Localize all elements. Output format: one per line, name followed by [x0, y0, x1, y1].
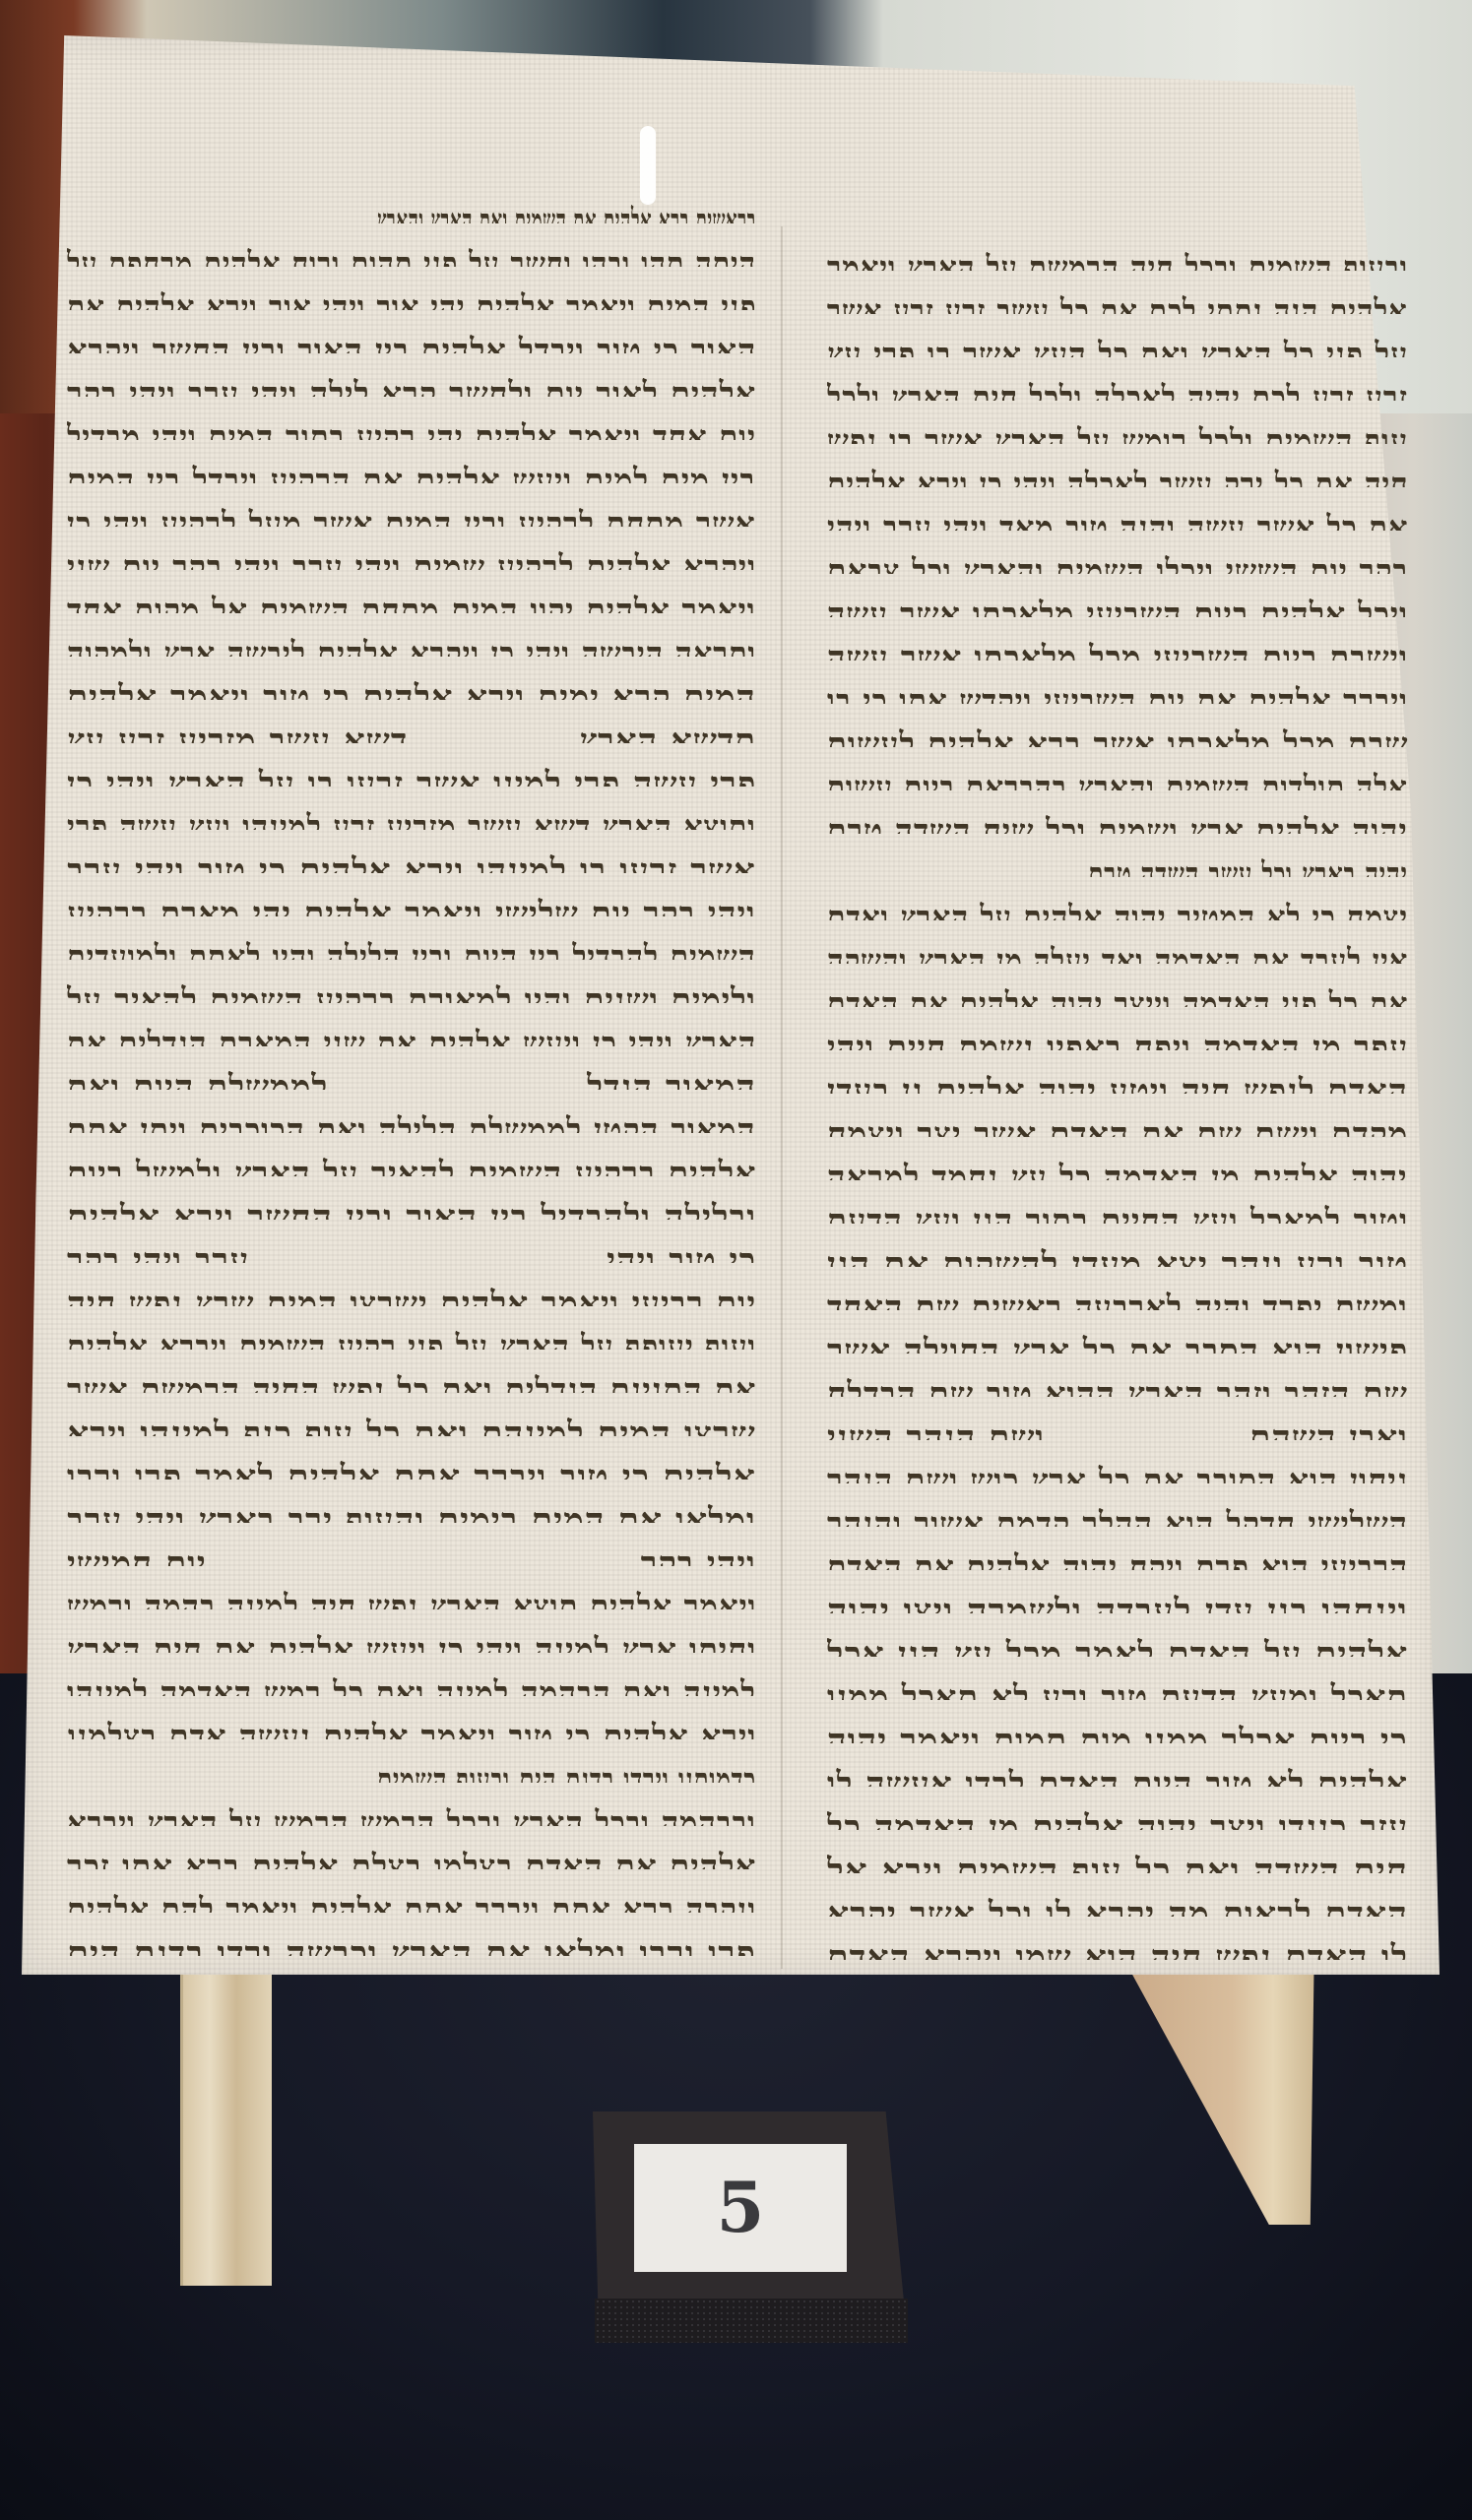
text-line: שרצו המים למינהם ואת כל עוף כנף למינהו ו… [67, 1412, 756, 1455]
text-segment: ועוף יעופף על הארץ על פני רקיע השמים ויב… [67, 1331, 756, 1350]
text-line: היתה תהו ובהו וחשך על פני תהום ורוח אלהי… [67, 242, 756, 285]
text-line: אלהים על האדם לאמר מכל עץ הגן אכל [827, 1632, 1408, 1675]
text-segment: יצמח כי לא המטיר יהוה אלהים על הארץ ואדם [827, 902, 1408, 920]
text-segment: חיה את כל ירק עשב לאכלה ויהי כן וירא אלה… [827, 469, 1408, 487]
text-line: חיה את כל ירק עשב לאכלה ויהי כן וירא אלה… [827, 463, 1408, 506]
text-segment: ויכל אלהים ביום השביעי מלאכתו אשר עשה [827, 598, 1408, 617]
text-segment: ותראה היבשה ויהי כן ויקרא אלהים ליבשה אר… [67, 638, 756, 657]
text-segment: ויאמר אלהים יקוו המים מתחת השמים אל מקום… [67, 595, 756, 613]
text-segment: את כל אשר עשה והנה טוב מאד ויהי ערב ויהי [827, 512, 1408, 531]
text-segment: יהוה אלהים ארץ ושמים וכל שיח השדה טרם [827, 815, 1408, 834]
text-line: האור כי טוב ויבדל אלהים בין האור ובין הח… [67, 329, 756, 372]
text-line: יום רביעי ויאמר אלהים ישרצו המים שרץ נפש… [67, 1282, 756, 1325]
text-line: על פני כל הארץ ואת כל העץ אשר בו פרי עץ [827, 333, 1408, 376]
text-line: אלהים ברקיע השמים להאיר על הארץ ולמשל בי… [67, 1152, 756, 1195]
text-segment: תאכל ומעץ הדעת טוב ורע לא תאכל ממנו [827, 1681, 1408, 1700]
text-segment: אלהים לאור יום ולחשך קרא לילה ויהי ערב ו… [67, 378, 756, 397]
text-line: אשר מתחת לרקיע ובין המים אשר מעל לרקיע ו… [67, 502, 756, 545]
text-segment: יהיה בארץ וכל עשב השדה טרם [1089, 858, 1408, 877]
text-line: יהיה בארץ וכל עשב השדה טרם [827, 852, 1408, 896]
right-text-column: ובעוף השמים ובכל חיה הרמשת על הארץ ויאמר… [827, 246, 1408, 1979]
text-segment: יום חמישי [67, 1547, 207, 1566]
text-segment: אלה תולדות השמים והארץ בהבראם ביום עשות [827, 772, 1408, 790]
text-line: ולימים ושנים והיו למאורת ברקיע השמים להא… [67, 978, 756, 1022]
text-line: ומלאו את המים בימים והעוף ירב בארץ ויהי … [67, 1498, 756, 1542]
text-line: לו האדם נפש חיה הוא שמו ויקרא האדם [827, 1935, 1408, 1979]
text-segment: יום רביעי ויאמר אלהים ישרצו המים שרץ נפש… [67, 1288, 756, 1306]
text-segment: ושם הנהר השני [827, 1421, 1045, 1440]
text-segment: כדמותנו וירדו בדגת הים ובעוף השמים [377, 1764, 756, 1783]
text-line: המים קרא ימים וירא אלהים כי טוב ויאמר אל… [67, 675, 756, 719]
text-segment: אשר מתחת לרקיע ובין המים אשר מעל לרקיע ו… [67, 508, 756, 527]
text-segment: את התנינם הגדלים ואת כל נפש החיה הרמשת א… [67, 1374, 756, 1393]
text-segment: ויאמר אלהים תוצא הארץ נפש חיה למינה בהמה… [67, 1591, 756, 1609]
text-line: ויהי בקריום חמישי [67, 1542, 756, 1585]
text-line: וטוב למאכל ועץ החיים בתוך הגן ועץ הדעת [827, 1199, 1408, 1242]
text-line: פרי עשה פרי למינו אשר זרעו בו על הארץ וי… [67, 762, 756, 805]
text-segment: עפר מן האדמה ויפח באפיו נשמת חיים ויהי [827, 1032, 1408, 1050]
text-segment: האדם לנפש חיה ויטע יהוה אלהים גן בעדן [827, 1075, 1408, 1094]
text-line: הארץ ויהי כן ויעש אלהים את שני המארת הגד… [67, 1022, 756, 1065]
text-segment: זרע זרע לכם יהיה לאכלה ולכל חית הארץ ולכ… [827, 382, 1408, 401]
text-segment: האור כי טוב ויבדל אלהים בין האור ובין הח… [67, 335, 756, 353]
text-segment: שרצו המים למינהם ואת כל עוף כנף למינהו ו… [67, 1417, 756, 1436]
text-line: ובבהמה ובכל הארץ ובכל הרמש הרמש על הארץ … [67, 1801, 756, 1845]
text-line: ויאמר אלהים תוצא הארץ נפש חיה למינה בהמה… [67, 1585, 756, 1628]
text-segment: אלהים ברקיע השמים להאיר על הארץ ולמשל בי… [67, 1158, 756, 1176]
text-line: אלה תולדות השמים והארץ בהבראם ביום עשות [827, 766, 1408, 809]
text-line: יהוה אלהים מן האדמה כל עץ נחמד למראה [827, 1156, 1408, 1199]
light-glare [640, 126, 656, 205]
text-segment: פרי עשה פרי למינו אשר זרעו בו על הארץ וי… [67, 768, 756, 787]
text-line: וירא אלהים כי טוב ויאמר אלהים נעשה אדם ב… [67, 1715, 756, 1758]
text-segment: כי טוב ויהי [607, 1244, 756, 1263]
text-segment: וטוב למאכל ועץ החיים בתוך הגן ועץ הדעת [827, 1205, 1408, 1224]
text-segment: יום אחד ויאמר אלהים יהי רקיע בתוך המים ו… [67, 421, 756, 440]
text-segment: כי ביום אכלך ממנו מות תמות ויאמר יהוה [827, 1725, 1408, 1743]
text-line: יצמח כי לא המטיר יהוה אלהים על הארץ ואדם [827, 896, 1408, 939]
text-line: המאור הקטן לממשלת הלילה ואת הכוכבים ויתן… [67, 1108, 756, 1152]
text-line: השמים להבדיל בין היום ובין הלילה והיו לא… [67, 935, 756, 978]
text-line: את כל פני האדמה וייצר יהוה אלהים את האדם [827, 982, 1408, 1026]
text-line: יהוה אלהים ארץ ושמים וכל שיח השדה טרם [827, 809, 1408, 852]
text-segment: ולימים ושנים והיו למאורת ברקיע השמים להא… [67, 984, 756, 1003]
text-line: ותוצא הארץ דשא עשב מזריע זרע למינהו ועץ … [67, 805, 756, 849]
text-segment: אלהים הנה נתתי לכם את כל עשב זרע זרע אשר [827, 295, 1408, 314]
text-line: גיחון הוא הסובב את כל ארץ כוש ושם הנהר [827, 1459, 1408, 1502]
text-segment: אלהים כי טוב ויברך אתם אלהים לאמר פרו ור… [67, 1461, 756, 1480]
text-segment: עזר כנגדו ויצר יהוה אלהים מן האדמה כל [827, 1811, 1408, 1830]
text-line: המאור הגדללממשלת היום ואת [67, 1065, 756, 1108]
text-line: וינחהו בגן עדן לעבדה ולשמרה ויצו יהוה [827, 1589, 1408, 1632]
number-plate-edge [595, 2299, 908, 2343]
text-segment: פרו ורבו ומלאו את הארץ וכבשה ורדו בדגת ה… [67, 1937, 756, 1956]
text-line: כי טוב ויהיערב ויהי בקר [67, 1238, 756, 1282]
text-segment: וינחהו בגן עדן לעבדה ולשמרה ויצו יהוה [827, 1595, 1408, 1613]
text-segment: ויברך אלהים את יום השביעי ויקדש אתו כי ב… [827, 685, 1408, 704]
text-line: ועוף יעופף על הארץ על פני רקיע השמים ויב… [67, 1325, 756, 1368]
text-line: השלישי חדקל הוא ההלך קדמת אשור והנהר [827, 1502, 1408, 1545]
text-segment: אין לעבד את האדמה ואד יעלה מן הארץ והשקה [827, 945, 1408, 964]
text-line: טוב ורע ונהר יצא מעדן להשקות את הגן [827, 1242, 1408, 1286]
text-segment: ומשם יפרד והיה לארבעה ראשים שם האחד [827, 1291, 1408, 1310]
exhibit-number: 5 [717, 2173, 765, 2242]
text-segment: עוף השמים ולכל רומש על הארץ אשר בו נפש [827, 425, 1408, 444]
text-segment: ונקבה ברא אתם ויברך אתם אלהים ויאמר להם … [67, 1894, 756, 1913]
text-segment: על פני כל הארץ ואת כל העץ אשר בו פרי עץ [827, 339, 1408, 357]
text-line: אלהים הנה נתתי לכם את כל עשב זרע זרע אשר [827, 289, 1408, 333]
text-segment: הרביעי הוא פרת ויקח יהוה אלהים את האדם [827, 1551, 1408, 1570]
text-segment: בקר יום הששי ויכלו השמים והארץ וכל צבאם [827, 555, 1408, 574]
text-line: זרע זרע לכם יהיה לאכלה ולכל חית הארץ ולכ… [827, 376, 1408, 419]
text-line: את כל אשר עשה והנה טוב מאד ויהי ערב ויהי [827, 506, 1408, 549]
number-plate-card: 5 [634, 2144, 847, 2272]
text-segment: האדם לראות מה יקרא לו וכל אשר יקרא [827, 1898, 1408, 1917]
text-segment: ואבן השהם [1249, 1421, 1408, 1440]
text-line: וישבת ביום השביעי מכל מלאכתו אשר עשה [827, 636, 1408, 679]
text-segment: המים קרא ימים וירא אלהים כי טוב ויאמר אל… [67, 681, 756, 700]
text-line: למינה ואת הבהמה למינה ואת כל רמש האדמה ל… [67, 1671, 756, 1715]
text-segment: ויקרא אלהים לרקיע שמים ויהי ערב ויהי בקר… [67, 551, 756, 570]
text-segment: גיחון הוא הסובב את כל ארץ כוש ושם הנהר [827, 1465, 1408, 1483]
text-line: עזר כנגדו ויצר יהוה אלהים מן האדמה כל [827, 1805, 1408, 1849]
text-line: ויאמר אלהים יקוו המים מתחת השמים אל מקום… [67, 589, 756, 632]
text-segment: וירא אלהים כי טוב ויאמר אלהים נעשה אדם ב… [67, 1721, 756, 1739]
text-line: אלהים לא טוב היות האדם לבדו אעשה לו [827, 1762, 1408, 1805]
text-segment: השמים להבדיל בין היום ובין הלילה והיו לא… [67, 941, 756, 960]
text-segment: אלהים את האדם בצלמו בצלם אלהים ברא אתו ז… [67, 1851, 756, 1869]
text-segment: בין מים למים ויעש אלהים את הרקיע ויבדל ב… [67, 465, 756, 483]
text-segment: ויהי בקר יום שלישי ויאמר אלהים יהי מארת … [67, 898, 756, 916]
text-line: אלהים כי טוב ויברך אתם אלהים לאמר פרו ור… [67, 1455, 756, 1498]
text-line: בראשית ברא אלהים את השמים ואת הארץ והארץ [67, 199, 756, 242]
text-line: תאכל ומעץ הדעת טוב ורע לא תאכל ממנו [827, 1675, 1408, 1719]
text-line: הרביעי הוא פרת ויקח יהוה אלהים את האדם [827, 1545, 1408, 1589]
text-line: תדשא הארץדשא עשב מזריע זרע עץ [67, 719, 756, 762]
column-divider [781, 226, 783, 1969]
text-line: בקר יום הששי ויכלו השמים והארץ וכל צבאם [827, 549, 1408, 593]
text-segment: מקדם וישם שם את האדם אשר יצר ויצמח [827, 1118, 1408, 1137]
text-line: עפר מן האדמה ויפח באפיו נשמת חיים ויהי [827, 1026, 1408, 1069]
text-segment: חית השדה ואת כל עוף השמים ויבא אל [827, 1855, 1408, 1873]
text-segment: המאור הקטן לממשלת הלילה ואת הכוכבים ויתן… [67, 1114, 756, 1133]
text-line: את התנינם הגדלים ואת כל נפש החיה הרמשת א… [67, 1368, 756, 1412]
text-line: חית השדה ואת כל עוף השמים ויבא אל [827, 1849, 1408, 1892]
text-line: שם הזהב וזהב הארץ ההוא טוב שם הבדלח [827, 1372, 1408, 1416]
text-line: ומשם יפרד והיה לארבעה ראשים שם האחד [827, 1286, 1408, 1329]
text-segment: ובעוף השמים ובכל חיה הרמשת על הארץ ויאמר [827, 252, 1408, 271]
text-segment: פני המים ויאמר אלהים יהי אור ויהי אור וי… [67, 291, 756, 310]
text-segment: וחיתו ארץ למינה ויהי כן ויעש אלהים את חי… [67, 1634, 756, 1653]
text-segment: השלישי חדקל הוא ההלך קדמת אשור והנהר [827, 1508, 1408, 1527]
text-segment: ומלאו את המים בימים והעוף ירב בארץ ויהי … [67, 1504, 756, 1523]
text-segment: אלהים לא טוב היות האדם לבדו אעשה לו [827, 1768, 1408, 1787]
text-segment: פישון הוא הסבב את כל ארץ החוילה אשר [827, 1335, 1408, 1354]
text-line: כדמותנו וירדו בדגת הים ובעוף השמים [67, 1758, 756, 1801]
text-line: פישון הוא הסבב את כל ארץ החוילה אשר [827, 1329, 1408, 1372]
text-segment: יהוה אלהים מן האדמה כל עץ נחמד למראה [827, 1162, 1408, 1180]
text-line: ויקרא אלהים לרקיע שמים ויהי ערב ויהי בקר… [67, 545, 756, 589]
text-segment: ערב ויהי בקר [67, 1244, 249, 1263]
text-line: אשר זרעו בו למינהו וירא אלהים כי טוב ויה… [67, 849, 756, 892]
text-segment: לו האדם נפש חיה הוא שמו ויקרא האדם [827, 1941, 1408, 1960]
text-segment: דשא עשב מזריע זרע עץ [67, 724, 408, 743]
text-line: בין מים למים ויעש אלהים את הרקיע ויבדל ב… [67, 459, 756, 502]
text-segment: תדשא הארץ [579, 724, 756, 743]
text-segment: המאור הגדל [587, 1071, 756, 1090]
text-segment: שבת מכל מלאכתו אשר ברא אלהים לעשות [827, 728, 1408, 747]
text-segment: הארץ ויהי כן ויעש אלהים את שני המארת הגד… [67, 1028, 756, 1046]
text-line: עוף השמים ולכל רומש על הארץ אשר בו נפש [827, 419, 1408, 463]
text-segment: בראשית ברא אלהים את השמים ואת הארץ והארץ [377, 205, 756, 223]
text-segment: היתה תהו ובהו וחשך על פני תהום ורוח אלהי… [67, 248, 756, 267]
text-line: יום אחד ויאמר אלהים יהי רקיע בתוך המים ו… [67, 415, 756, 459]
text-line: האדם לנפש חיה ויטע יהוה אלהים גן בעדן [827, 1069, 1408, 1112]
text-line: שבת מכל מלאכתו אשר ברא אלהים לעשות [827, 723, 1408, 766]
text-segment: אלהים על האדם לאמר מכל עץ הגן אכל [827, 1638, 1408, 1657]
text-segment: טוב ורע ונהר יצא מעדן להשקות את הגן [827, 1248, 1408, 1267]
text-line: מקדם וישם שם את האדם אשר יצר ויצמח [827, 1112, 1408, 1156]
text-segment: לממשלת היום ואת [67, 1071, 328, 1090]
text-line: ויכל אלהים ביום השביעי מלאכתו אשר עשה [827, 593, 1408, 636]
text-segment: וישבת ביום השביעי מכל מלאכתו אשר עשה [827, 642, 1408, 661]
text-line: ונקבה ברא אתם ויברך אתם אלהים ויאמר להם … [67, 1888, 756, 1931]
text-line: פרו ורבו ומלאו את הארץ וכבשה ורדו בדגת ה… [67, 1931, 756, 1975]
text-line: ויברך אלהים את יום השביעי ויקדש אתו כי ב… [827, 679, 1408, 723]
text-line: אלהים את האדם בצלמו בצלם אלהים ברא אתו ז… [67, 1845, 756, 1888]
text-segment: ובבהמה ובכל הארץ ובכל הרמש הרמש על הארץ … [67, 1807, 756, 1826]
text-line: ובלילה ולהבדיל בין האור ובין החשך וירא א… [67, 1195, 756, 1238]
text-line: פני המים ויאמר אלהים יהי אור ויהי אור וי… [67, 285, 756, 329]
text-line: אין לעבד את האדמה ואד יעלה מן הארץ והשקה [827, 939, 1408, 982]
text-line: ואבן השהםושם הנהר השני [827, 1416, 1408, 1459]
text-line: ובעוף השמים ובכל חיה הרמשת על הארץ ויאמר [827, 246, 1408, 289]
text-line: ותראה היבשה ויהי כן ויקרא אלהים ליבשה אר… [67, 632, 756, 675]
text-segment: ויהי בקר [641, 1547, 756, 1566]
text-segment: שם הזהב וזהב הארץ ההוא טוב שם הבדלח [827, 1378, 1408, 1397]
stand-leg-left [180, 1971, 272, 2286]
text-segment: את כל פני האדמה וייצר יהוה אלהים את האדם [827, 988, 1408, 1007]
text-segment: ובלילה ולהבדיל בין האור ובין החשך וירא א… [67, 1201, 756, 1220]
left-text-column: בראשית ברא אלהים את השמים ואת הארץ והארץ… [67, 199, 756, 1975]
text-line: ויהי בקר יום שלישי ויאמר אלהים יהי מארת … [67, 892, 756, 935]
text-segment: אשר זרעו בו למינהו וירא אלהים כי טוב ויה… [67, 854, 756, 873]
text-line: אלהים לאור יום ולחשך קרא לילה ויהי ערב ו… [67, 372, 756, 415]
text-segment: למינה ואת הבהמה למינה ואת כל רמש האדמה ל… [67, 1677, 756, 1696]
text-line: האדם לראות מה יקרא לו וכל אשר יקרא [827, 1892, 1408, 1935]
text-line: כי ביום אכלך ממנו מות תמות ויאמר יהוה [827, 1719, 1408, 1762]
text-segment: ותוצא הארץ דשא עשב מזריע זרע למינהו ועץ … [67, 811, 756, 830]
text-line: וחיתו ארץ למינה ויהי כן ויעש אלהים את חי… [67, 1628, 756, 1671]
